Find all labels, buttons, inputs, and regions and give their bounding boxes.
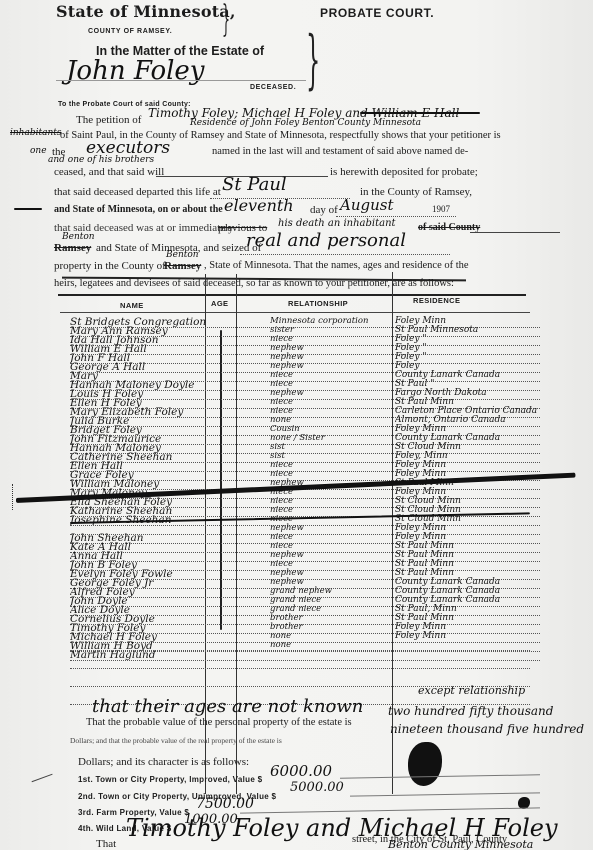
personal-value-prefix: That the probable value of the personal … (86, 717, 352, 728)
col-header-residence: RESIDENCE (413, 296, 460, 305)
ink-blot-1 (408, 742, 442, 786)
property-line (240, 254, 450, 255)
personal-value-hand: two hundred fifty thousand (388, 704, 553, 718)
probate-petition-page: State of Minnesota, } COUNTY OF RAMSEY. … (0, 0, 593, 850)
value-line-3 (240, 807, 540, 813)
value-line-2 (350, 792, 540, 796)
header-brace: } (222, 0, 230, 42)
col-header-name: NAME (120, 301, 144, 310)
property-type: real and personal (246, 230, 406, 251)
state-heading: State of Minnesota, (56, 2, 236, 21)
margin-inhabitants: inhabitants (10, 128, 62, 138)
margin-dash (14, 208, 42, 210)
margin-scribble (25, 757, 52, 782)
county-heading: COUNTY OF RAMSEY. (88, 28, 172, 35)
decedent-name: John Foley (66, 56, 205, 86)
col-header-age: AGE (211, 299, 228, 308)
character-line: Dollars; and its character is as follows… (78, 756, 249, 768)
street-hand: Benton County Minnesota (388, 838, 533, 850)
benton-above-1: Benton (62, 232, 95, 242)
ages-note: that their ages are not known (92, 696, 363, 717)
petitioners-residence: Residence of John Foley Benton County Mi… (190, 118, 421, 128)
death-place: St Paul (222, 174, 287, 195)
death-month: August (340, 196, 393, 214)
that-label: That (96, 838, 116, 850)
day-of-text: day of (310, 204, 338, 216)
header-bottom-line (60, 312, 530, 313)
petition-line-3: named in the last will and testament of … (212, 146, 468, 157)
inhabitant-hand: his death an inhabitant (278, 218, 396, 229)
petition-line-4: ceased, and that said will (54, 166, 164, 178)
death-year: 1907 (432, 204, 450, 214)
line7-extension (470, 232, 560, 233)
petition-line-6: and State of Minnesota, on or about the (54, 204, 223, 215)
value-line-1 (340, 774, 540, 778)
empty-row-line-2 (70, 668, 530, 669)
value-item-1-label: 1st. Town or City Property, Improved, Va… (78, 775, 262, 784)
brothers-insert: and one of his brothers (48, 155, 154, 165)
ages-note-tail: except relationship (418, 684, 525, 697)
real-value-hand: nineteen thousand five hundred (390, 722, 584, 736)
ramsey-struck-1: Ramsey (54, 242, 91, 254)
margin-one: one (30, 146, 47, 156)
strike-petitioner (360, 112, 480, 114)
row-dotted-line (70, 660, 540, 661)
empty-row-line-1 (70, 650, 530, 651)
deposited-text: is herewith deposited for probate; (330, 166, 478, 178)
petition-line-9-prefix: property in the County of (54, 260, 166, 272)
petition-prefix: The petition of (76, 114, 141, 126)
real-value-prefix: Dollars; and that the probable value of … (70, 736, 282, 745)
margin-marks (12, 484, 15, 510)
ramsey-struck-2: Ramsey (164, 260, 201, 272)
petition-line-5: that said deceased departed this life at (54, 186, 221, 198)
death-day: eleventh (224, 196, 294, 215)
court-heading: PROBATE COURT. (320, 6, 434, 20)
matter-brace: } (306, 38, 320, 82)
deceased-label: DECEASED. (250, 84, 296, 91)
petition-line-9: , State of Minnesota. That the names, ag… (204, 260, 469, 271)
benton-above-2: Benton (166, 250, 199, 260)
value-item-1: 6000.00 (270, 762, 332, 780)
col-header-relationship: RELATIONSHIP (288, 299, 348, 308)
decedent-line (56, 80, 306, 81)
value-item-3: 7500.00 (196, 796, 254, 812)
value-item-2: 5000.00 (290, 780, 344, 795)
month-line (336, 216, 456, 217)
